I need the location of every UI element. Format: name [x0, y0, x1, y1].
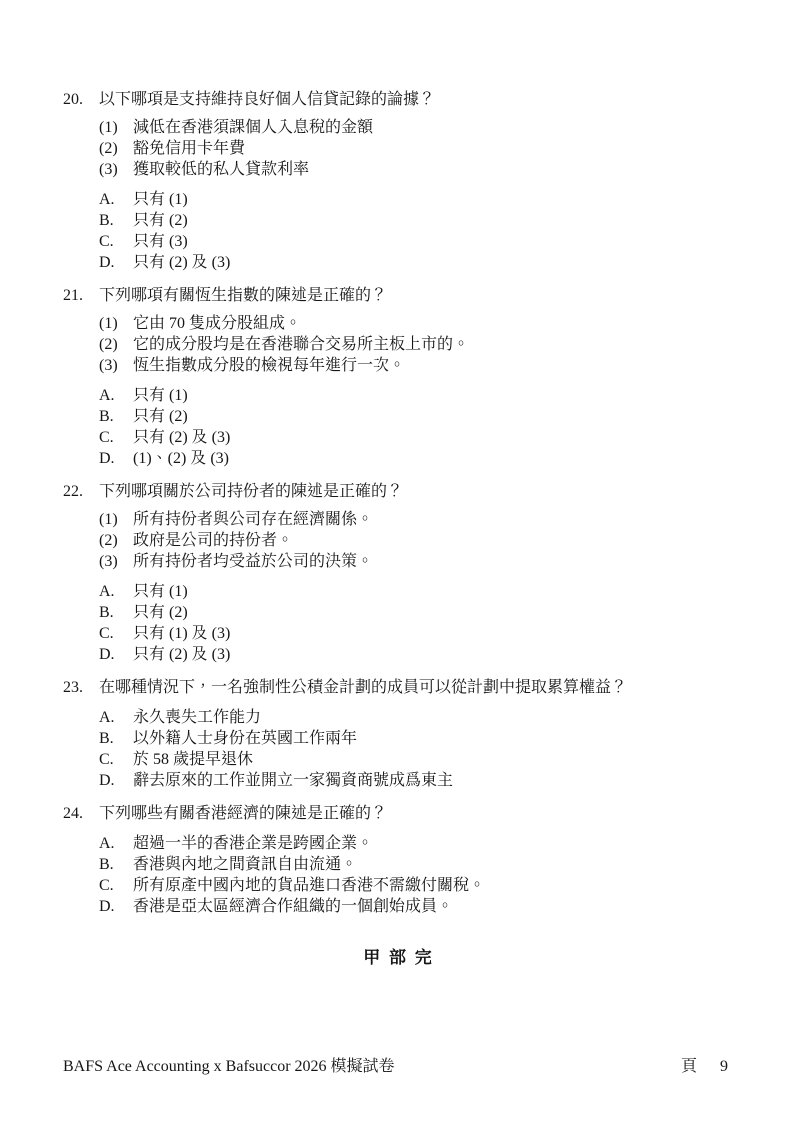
option-label: D.	[99, 252, 133, 273]
option-item: A. 永久喪失工作能力	[99, 707, 734, 728]
option-label: C.	[99, 749, 133, 770]
statement-item: (3) 所有持份者均受益於公司的決策。	[99, 551, 734, 572]
option-text: 只有 (1) 及 (3)	[133, 623, 734, 644]
option-list: A. 永久喪失工作能力 B. 以外籍人士身份在英國工作兩年 C. 於 58 歲提…	[99, 707, 734, 791]
option-label: A.	[99, 189, 133, 210]
statement-item: (1) 減低在香港須課個人入息稅的金額	[99, 117, 734, 138]
option-item: D. 只有 (2) 及 (3)	[99, 252, 734, 273]
option-label: D.	[99, 448, 133, 469]
option-item: B. 只有 (2)	[99, 210, 734, 231]
option-item: D. 辭去原來的工作並開立一家獨資商號成爲東主	[99, 770, 734, 791]
statement-text: 它由 70 隻成分股組成。	[133, 313, 734, 334]
option-label: B.	[99, 406, 133, 427]
question-24: 24. 下列哪些有關香港經濟的陳述是正確的？ A. 超過一半的香港企業是跨國企業…	[63, 803, 734, 917]
statement-label: (3)	[99, 159, 133, 180]
option-label: C.	[99, 875, 133, 896]
statement-item: (2) 它的成分股均是在香港聯合交易所主板上市的。	[99, 334, 734, 355]
statement-text: 減低在香港須課個人入息稅的金額	[133, 117, 734, 138]
question-head: 21. 下列哪項有關恆生指數的陳述是正確的？	[63, 285, 734, 306]
option-text: 超過一半的香港企業是跨國企業。	[133, 833, 734, 854]
option-item: A. 只有 (1)	[99, 581, 734, 602]
question-head: 24. 下列哪些有關香港經濟的陳述是正確的？	[63, 803, 734, 824]
question-number: 20.	[63, 89, 99, 110]
statement-label: (2)	[99, 138, 133, 159]
option-text: 只有 (1)	[133, 189, 734, 210]
statement-item: (2) 豁免信用卡年費	[99, 138, 734, 159]
statement-label: (3)	[99, 551, 133, 572]
statement-list: (1) 所有持份者與公司存在經濟關係。 (2) 政府是公司的持份者。 (3) 所…	[99, 509, 734, 572]
option-text: 只有 (2)	[133, 210, 734, 231]
option-label: C.	[99, 231, 133, 252]
question-text: 下列哪些有關香港經濟的陳述是正確的？	[99, 803, 734, 824]
question-text: 下列哪項關於公司持份者的陳述是正確的？	[99, 481, 734, 502]
question-text: 下列哪項有關恆生指數的陳述是正確的？	[99, 285, 734, 306]
question-number: 21.	[63, 285, 99, 306]
option-text: 以外籍人士身份在英國工作兩年	[133, 728, 734, 749]
page-content: 20. 以下哪項是支持維持良好個人信貸記錄的論據？ (1) 減低在香港須課個人入…	[63, 89, 734, 968]
question-20: 20. 以下哪項是支持維持良好個人信貸記錄的論據？ (1) 減低在香港須課個人入…	[63, 89, 734, 273]
option-item: D. 香港是亞太區經濟合作組織的一個創始成員。	[99, 896, 734, 917]
option-item: A. 只有 (1)	[99, 189, 734, 210]
option-item: A. 超過一半的香港企業是跨國企業。	[99, 833, 734, 854]
statement-item: (2) 政府是公司的持份者。	[99, 530, 734, 551]
option-text: 所有原產中國內地的貨品進口香港不需繳付關稅。	[133, 875, 734, 896]
option-text: 只有 (1)	[133, 385, 734, 406]
option-item: B. 只有 (2)	[99, 406, 734, 427]
question-number: 23.	[63, 677, 99, 698]
exam-paper-page: 20. 以下哪項是支持維持良好個人信貸記錄的論據？ (1) 減低在香港須課個人入…	[0, 0, 792, 1122]
option-text: 只有 (2)	[133, 406, 734, 427]
option-text: (1)、(2) 及 (3)	[133, 448, 734, 469]
statement-list: (1) 它由 70 隻成分股組成。 (2) 它的成分股均是在香港聯合交易所主板上…	[99, 313, 734, 376]
option-text: 只有 (3)	[133, 231, 734, 252]
statement-item: (3) 恆生指數成分股的檢視每年進行一次。	[99, 355, 734, 376]
option-text: 只有 (2) 及 (3)	[133, 644, 734, 665]
statement-item: (3) 獲取較低的私人貸款利率	[99, 159, 734, 180]
statement-item: (1) 所有持份者與公司存在經濟關係。	[99, 509, 734, 530]
option-label: A.	[99, 581, 133, 602]
option-item: C. 只有 (3)	[99, 231, 734, 252]
option-label: B.	[99, 728, 133, 749]
option-text: 只有 (2) 及 (3)	[133, 252, 734, 273]
footer-page-indicator: 頁 9	[681, 1056, 728, 1077]
option-label: C.	[99, 427, 133, 448]
option-label: A.	[99, 833, 133, 854]
statement-list: (1) 減低在香港須課個人入息稅的金額 (2) 豁免信用卡年費 (3) 獲取較低…	[99, 117, 734, 180]
option-label: A.	[99, 385, 133, 406]
option-item: C. 只有 (1) 及 (3)	[99, 623, 734, 644]
option-text: 辭去原來的工作並開立一家獨資商號成爲東主	[133, 770, 734, 791]
statement-text: 豁免信用卡年費	[133, 138, 734, 159]
question-head: 23. 在哪種情況下，一名強制性公積金計劃的成員可以從計劃中提取累算權益？	[63, 677, 734, 698]
option-list: A. 只有 (1) B. 只有 (2) C. 只有 (3) D. 只有 (2) …	[99, 189, 734, 273]
option-item: C. 所有原產中國內地的貨品進口香港不需繳付關稅。	[99, 875, 734, 896]
option-list: A. 超過一半的香港企業是跨國企業。 B. 香港與內地之間資訊自由流通。 C. …	[99, 833, 734, 917]
statement-text: 它的成分股均是在香港聯合交易所主板上市的。	[133, 334, 734, 355]
statement-label: (1)	[99, 509, 133, 530]
option-item: D. (1)、(2) 及 (3)	[99, 448, 734, 469]
option-item: B. 以外籍人士身份在英國工作兩年	[99, 728, 734, 749]
option-label: D.	[99, 770, 133, 791]
section-end-marker: 甲 部 完	[63, 947, 734, 968]
footer-paper-title: BAFS Ace Accounting x Bafsuccor 2026 模擬試…	[63, 1056, 395, 1077]
statement-item: (1) 它由 70 隻成分股組成。	[99, 313, 734, 334]
option-text: 只有 (2)	[133, 602, 734, 623]
question-head: 20. 以下哪項是支持維持良好個人信貸記錄的論據？	[63, 89, 734, 110]
question-number: 22.	[63, 481, 99, 502]
option-item: D. 只有 (2) 及 (3)	[99, 644, 734, 665]
statement-label: (2)	[99, 530, 133, 551]
footer-page-number: 9	[720, 1056, 728, 1077]
option-label: A.	[99, 707, 133, 728]
option-item: B. 香港與內地之間資訊自由流通。	[99, 854, 734, 875]
question-22: 22. 下列哪項關於公司持份者的陳述是正確的？ (1) 所有持份者與公司存在經濟…	[63, 481, 734, 665]
statement-text: 政府是公司的持份者。	[133, 530, 734, 551]
question-21: 21. 下列哪項有關恆生指數的陳述是正確的？ (1) 它由 70 隻成分股組成。…	[63, 285, 734, 469]
option-item: C. 於 58 歲提早退休	[99, 749, 734, 770]
question-text: 在哪種情況下，一名強制性公積金計劃的成員可以從計劃中提取累算權益？	[99, 677, 734, 698]
option-text: 香港是亞太區經濟合作組織的一個創始成員。	[133, 896, 734, 917]
question-head: 22. 下列哪項關於公司持份者的陳述是正確的？	[63, 481, 734, 502]
option-text: 香港與內地之間資訊自由流通。	[133, 854, 734, 875]
statement-text: 獲取較低的私人貸款利率	[133, 159, 734, 180]
option-label: B.	[99, 854, 133, 875]
option-label: B.	[99, 602, 133, 623]
option-list: A. 只有 (1) B. 只有 (2) C. 只有 (2) 及 (3) D. (…	[99, 385, 734, 469]
option-item: B. 只有 (2)	[99, 602, 734, 623]
option-text: 永久喪失工作能力	[133, 707, 734, 728]
option-label: B.	[99, 210, 133, 231]
statement-text: 所有持份者均受益於公司的決策。	[133, 551, 734, 572]
statement-label: (2)	[99, 334, 133, 355]
option-item: A. 只有 (1)	[99, 385, 734, 406]
footer-page-label: 頁	[681, 1056, 697, 1077]
option-text: 只有 (1)	[133, 581, 734, 602]
question-number: 24.	[63, 803, 99, 824]
question-text: 以下哪項是支持維持良好個人信貸記錄的論據？	[99, 89, 734, 110]
option-text: 只有 (2) 及 (3)	[133, 427, 734, 448]
option-label: C.	[99, 623, 133, 644]
option-item: C. 只有 (2) 及 (3)	[99, 427, 734, 448]
option-label: D.	[99, 644, 133, 665]
statement-text: 所有持份者與公司存在經濟關係。	[133, 509, 734, 530]
question-23: 23. 在哪種情況下，一名強制性公積金計劃的成員可以從計劃中提取累算權益？ A.…	[63, 677, 734, 791]
statement-label: (1)	[99, 313, 133, 334]
statement-label: (3)	[99, 355, 133, 376]
statement-text: 恆生指數成分股的檢視每年進行一次。	[133, 355, 734, 376]
statement-label: (1)	[99, 117, 133, 138]
option-label: D.	[99, 896, 133, 917]
option-list: A. 只有 (1) B. 只有 (2) C. 只有 (1) 及 (3) D. 只…	[99, 581, 734, 665]
option-text: 於 58 歲提早退休	[133, 749, 734, 770]
page-footer: BAFS Ace Accounting x Bafsuccor 2026 模擬試…	[63, 1056, 728, 1077]
